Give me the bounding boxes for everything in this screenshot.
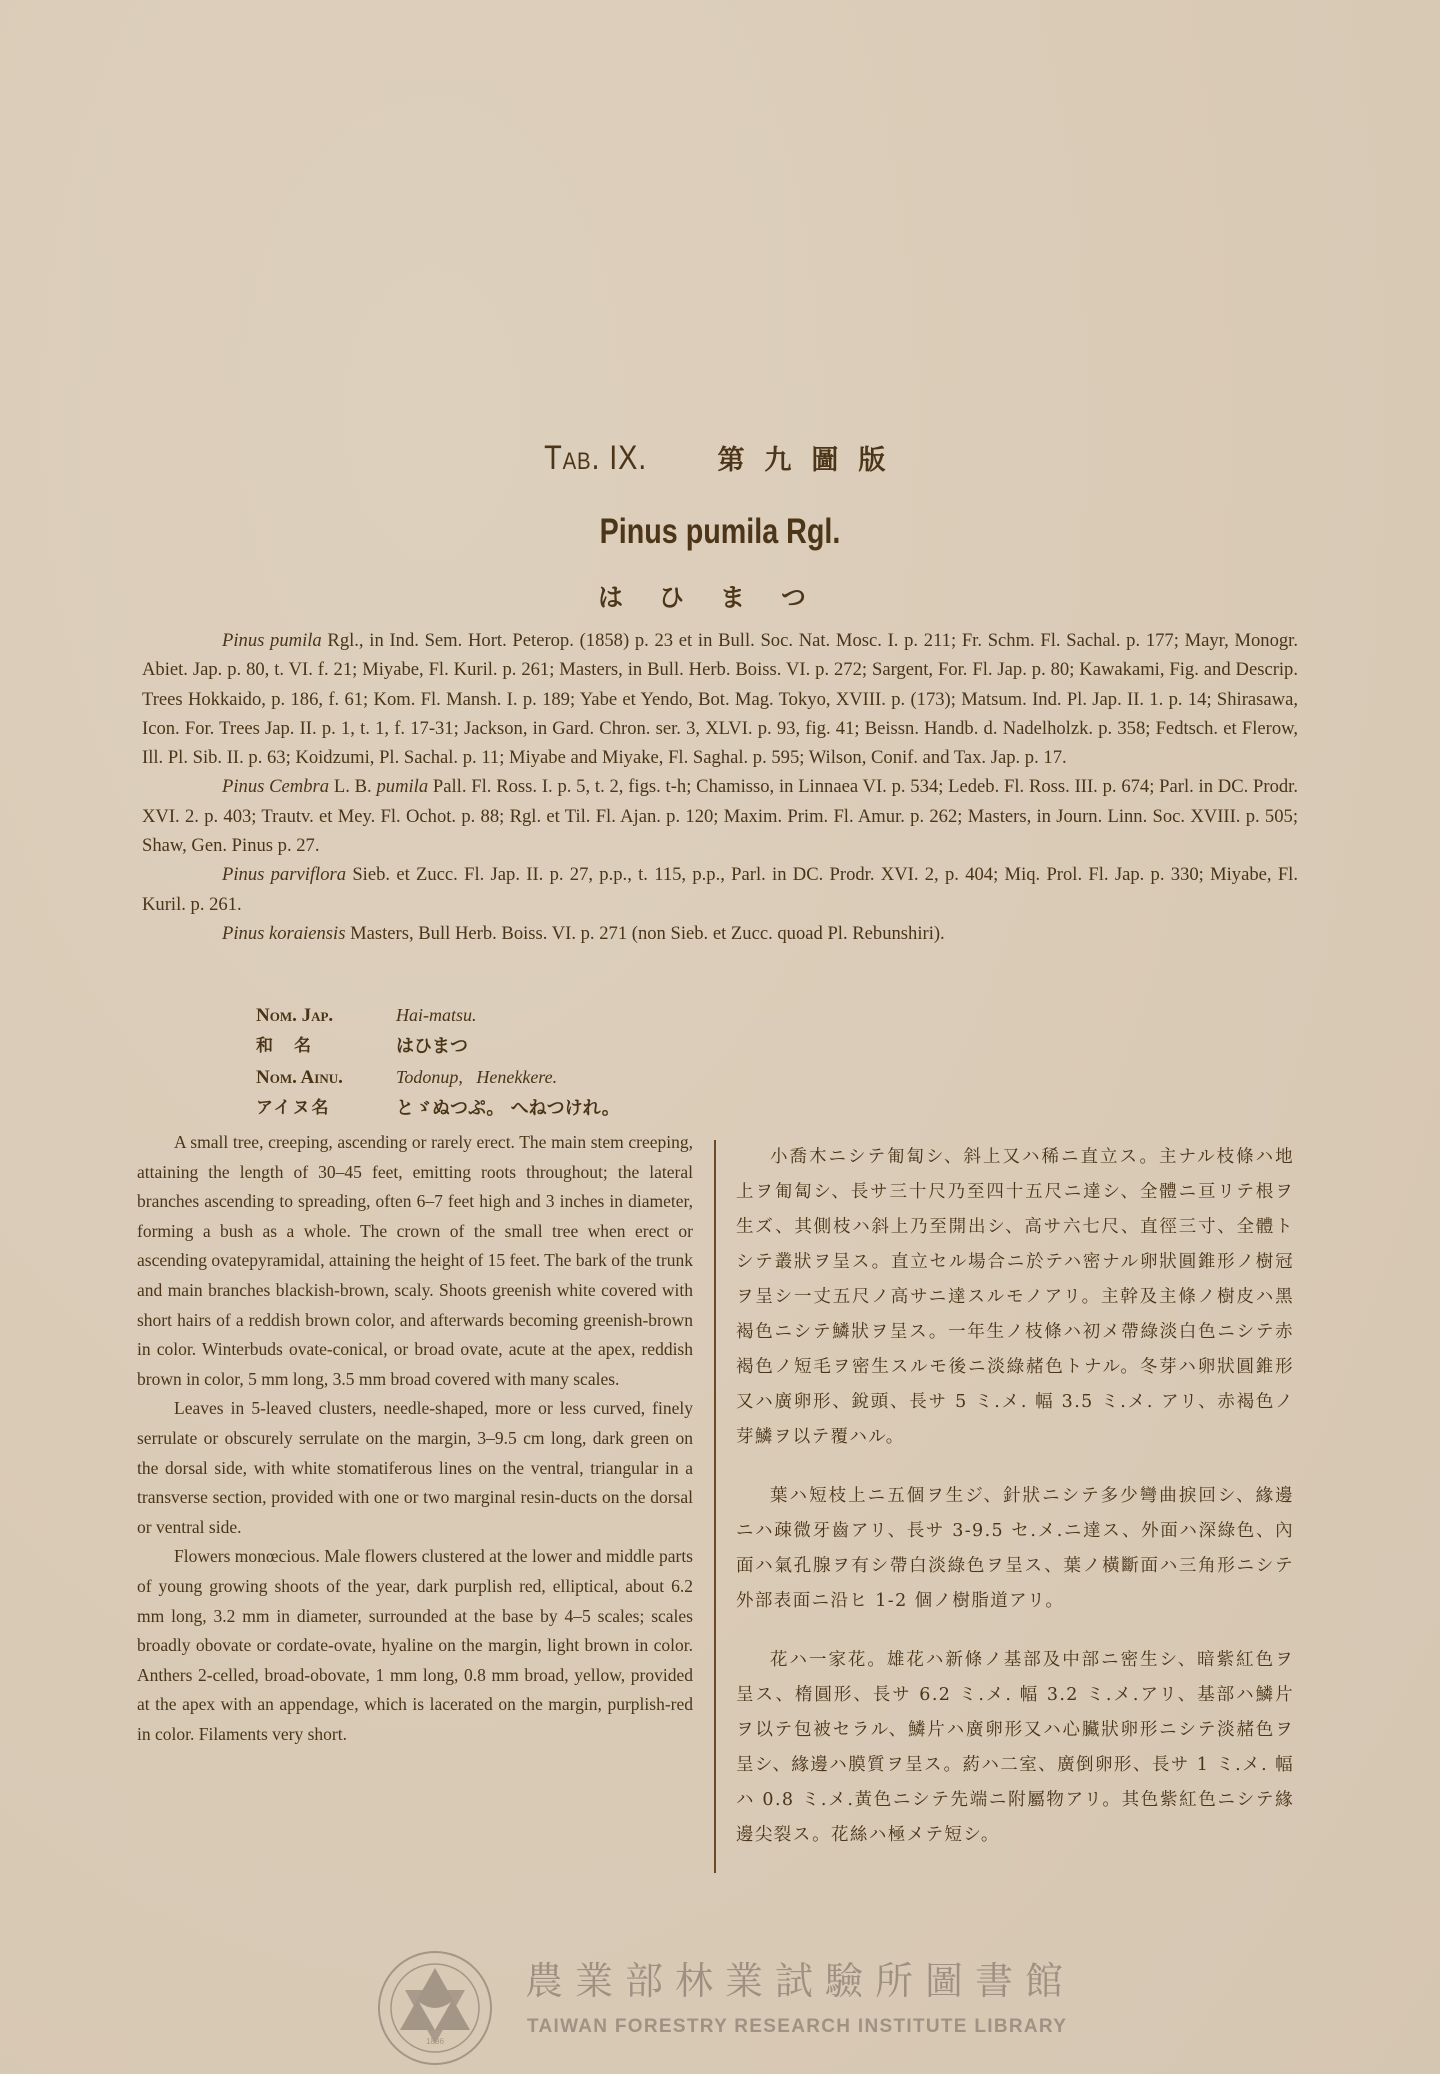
svg-text:1896: 1896 (426, 2037, 444, 2046)
plate-label-jp: 第九圖版 (717, 445, 905, 475)
library-watermark: 1896 農業部林業試驗所圖書館 TAIWAN FORESTRY RESEARC… (375, 1948, 1075, 2068)
description-english: A small tree, creeping, ascending or rar… (137, 1128, 693, 1749)
name-row-ainu-jp: アイヌ名 とゞぬつぷ。 へねつけれ。 (256, 1093, 620, 1124)
synonym-name: Pinus parviflora (222, 864, 346, 885)
synonym-name: Pinus pumila (222, 630, 322, 651)
institute-logo-icon: 1896 (375, 1948, 495, 2068)
paragraph-leaves: Leaves in 5-leaved clusters, needle-shap… (137, 1394, 693, 1542)
paragraph-leaves-jp: 葉ハ短枝上ニ五個ヲ生ジ、針狀ニシテ多少彎曲捩回シ、緣邊ニハ疎微牙齒アリ、長サ 3… (736, 1479, 1294, 1619)
paragraph-habit: A small tree, creeping, ascending or rar… (137, 1128, 693, 1394)
synonymy-block: Pinus pumila Rgl., in Ind. Sem. Hort. Pe… (142, 626, 1298, 948)
document-page: Tab. IX. 第九圖版 Pinus pumila Rgl. はひまつ Pin… (0, 0, 1440, 2074)
synonym-name: Pinus koraiensis (222, 923, 345, 944)
column-divider (714, 1140, 716, 1873)
paragraph-flowers-jp: 花ハ一家花。雄花ハ新條ノ基部及中部ニ密生シ、暗紫紅色ヲ呈ス、楕圓形、長サ 6.2… (736, 1643, 1294, 1853)
species-title: Pinus pumila Rgl. (130, 512, 1311, 552)
watermark-chinese-name: 農業部林業試驗所圖書館 (525, 1950, 1075, 2005)
synonym-entry: Pinus Cembra L. B. pumila Pall. Fl. Ross… (142, 772, 1298, 860)
name-row-ainu: Nom. Ainu. Todonup, Henekkere. (256, 1062, 620, 1093)
synonym-entry: Pinus pumila Rgl., in Ind. Sem. Hort. Pe… (142, 626, 1298, 772)
description-japanese: 小喬木ニシテ匍匐シ、斜上又ハ稀ニ直立ス。主ナル枝條ハ地上ヲ匍匐シ、長サ三十尺乃至… (736, 1140, 1294, 1877)
paragraph-flowers: Flowers monœcious. Male flowers clustere… (137, 1542, 693, 1749)
watermark-english-name: TAIWAN FORESTRY RESEARCH INSTITUTE LIBRA… (527, 2016, 1067, 2038)
name-row-wamei: 和 名 はひまつ (256, 1031, 620, 1062)
species-kana: はひまつ (0, 578, 1440, 614)
synonym-entry: Pinus koraiensis Masters, Bull Herb. Boi… (142, 919, 1298, 948)
synonym-name: Pinus Cembra (222, 776, 329, 797)
name-row-jap: Nom. Jap. Hai-matsu. (256, 1000, 620, 1031)
plate-label: Tab. IX. (544, 439, 647, 478)
vernacular-names: Nom. Jap. Hai-matsu. 和 名 はひまつ Nom. Ainu.… (256, 1000, 620, 1124)
synonym-entry: Pinus parviflora Sieb. et Zucc. Fl. Jap.… (142, 860, 1298, 919)
paragraph-habit-jp: 小喬木ニシテ匍匐シ、斜上又ハ稀ニ直立ス。主ナル枝條ハ地上ヲ匍匐シ、長サ三十尺乃至… (736, 1140, 1294, 1455)
plate-heading: Tab. IX. 第九圖版 (0, 438, 1440, 478)
